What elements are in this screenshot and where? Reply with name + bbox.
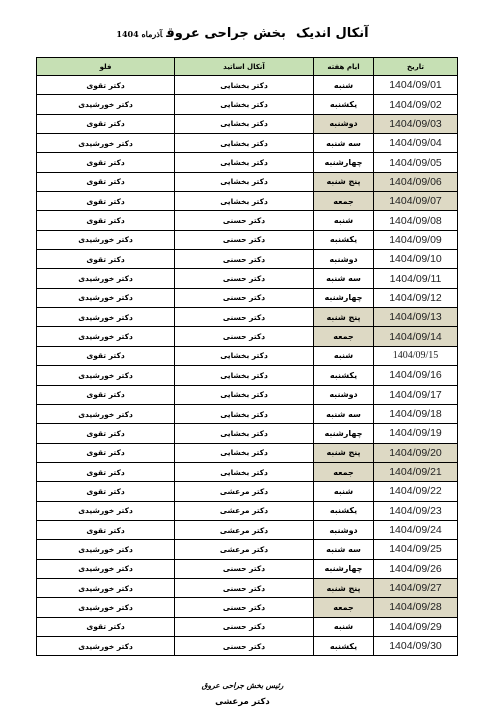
date-cell: 1404/09/21 <box>374 462 458 481</box>
title-oncall: آنکال اندیک <box>296 26 369 41</box>
date-cell: 1404/09/17 <box>374 385 458 404</box>
weekday-cell: جمعه <box>314 192 374 211</box>
date-cell: 1404/09/19 <box>374 424 458 443</box>
fellow-cell: دکتر تقوی <box>37 443 175 462</box>
attending-cell: دکتر حسنی <box>175 636 314 655</box>
date-cell: 1404/09/22 <box>374 482 458 501</box>
attending-cell: دکتر بخشایی <box>175 443 314 462</box>
attending-cell: دکتر بخشایی <box>175 153 314 172</box>
fellow-cell: دکتر خورشیدی <box>37 288 175 307</box>
fellow-cell: دکتر خورشیدی <box>37 230 175 249</box>
weekday-cell: شنبه <box>314 346 374 365</box>
date-cell: 1404/09/10 <box>374 250 458 269</box>
fellow-cell: دکتر خورشیدی <box>37 308 175 327</box>
fellow-cell: دکتر تقوی <box>37 76 175 95</box>
attending-cell: دکتر بخشایی <box>175 462 314 481</box>
attending-cell: دکتر بخشایی <box>175 366 314 385</box>
date-cell: 1404/09/29 <box>374 617 458 636</box>
fellow-cell: دکتر تقوی <box>37 211 175 230</box>
date-cell: 1404/09/15 <box>374 346 458 365</box>
fellow-cell: دکتر تقوی <box>37 482 175 501</box>
fellow-cell: دکتر خورشیدی <box>37 404 175 423</box>
weekday-cell: جمعه <box>314 598 374 617</box>
fellow-cell: دکتر تقوی <box>37 250 175 269</box>
attending-cell: دکتر حسنی <box>175 269 314 288</box>
date-cell: 1404/09/02 <box>374 95 458 114</box>
attending-cell: دکتر حسنی <box>175 308 314 327</box>
fellow-cell: دکتر خورشیدی <box>37 501 175 520</box>
weekday-cell: جمعه <box>314 462 374 481</box>
table-row: 1404/09/21جمعهدکتر بخشاییدکتر تقوی <box>37 462 458 481</box>
table-row: 1404/09/15شنبهدکتر بخشاییدکتر تقوی <box>37 346 458 365</box>
weekday-cell: چهارشنبه <box>314 288 374 307</box>
fellow-cell: دکتر خورشیدی <box>37 134 175 153</box>
date-cell: 1404/09/13 <box>374 308 458 327</box>
weekday-cell: شنبه <box>314 482 374 501</box>
table-row: 1404/09/01شنبهدکتر بخشاییدکتر تقوی <box>37 76 458 95</box>
fellow-cell: دکتر خورشیدی <box>37 269 175 288</box>
fellow-cell: دکتر تقوی <box>37 617 175 636</box>
weekday-cell: سه شنبه <box>314 540 374 559</box>
date-cell: 1404/09/06 <box>374 172 458 191</box>
attending-cell: دکتر حسنی <box>175 617 314 636</box>
fellow-cell: دکتر خورشیدی <box>37 559 175 578</box>
column-header-fellow: فلو <box>37 58 175 76</box>
table-row: 1404/09/06پنج شنبهدکتر بخشاییدکتر تقوی <box>37 172 458 191</box>
weekday-cell: پنج شنبه <box>314 578 374 597</box>
table-row: 1404/09/25سه شنبهدکتر مرعشیدکتر خورشیدی <box>37 540 458 559</box>
date-cell: 1404/09/11 <box>374 269 458 288</box>
attending-cell: دکتر حسنی <box>175 559 314 578</box>
date-cell: 1404/09/01 <box>374 76 458 95</box>
table-row: 1404/09/05چهارشنبهدکتر بخشاییدکتر تقوی <box>37 153 458 172</box>
date-cell: 1404/09/25 <box>374 540 458 559</box>
attending-cell: دکتر حسنی <box>175 230 314 249</box>
attending-cell: دکتر بخشایی <box>175 346 314 365</box>
title-department: بخش جراحی عروق <box>166 26 286 41</box>
weekday-cell: سه شنبه <box>314 134 374 153</box>
table-row: 1404/09/19چهارشنبهدکتر بخشاییدکتر تقوی <box>37 424 458 443</box>
table-row: 1404/09/29شنبهدکتر حسنیدکتر تقوی <box>37 617 458 636</box>
fellow-cell: دکتر تقوی <box>37 172 175 191</box>
date-cell: 1404/09/23 <box>374 501 458 520</box>
fellow-cell: دکتر تقوی <box>37 192 175 211</box>
attending-cell: دکتر بخشایی <box>175 95 314 114</box>
table-row: 1404/09/18سه شنبهدکتر بخشاییدکتر خورشیدی <box>37 404 458 423</box>
weekday-cell: چهارشنبه <box>314 424 374 443</box>
weekday-cell: سه شنبه <box>314 269 374 288</box>
weekday-cell: دوشنبه <box>314 250 374 269</box>
attending-cell: دکتر بخشایی <box>175 385 314 404</box>
attending-cell: دکتر مرعشی <box>175 482 314 501</box>
table-row: 1404/09/08شنبهدکتر حسنیدکتر تقوی <box>37 211 458 230</box>
fellow-cell: دکتر تقوی <box>37 346 175 365</box>
attending-cell: دکتر بخشایی <box>175 424 314 443</box>
table-header-row: تاریخ ایام هفته آنکال اساتید فلو <box>37 58 458 76</box>
fellow-cell: دکتر تقوی <box>37 424 175 443</box>
date-cell: 1404/09/03 <box>374 114 458 133</box>
weekday-cell: یکشنبه <box>314 501 374 520</box>
date-cell: 1404/09/05 <box>374 153 458 172</box>
fellow-cell: دکتر تقوی <box>37 153 175 172</box>
attending-cell: دکتر حسنی <box>175 598 314 617</box>
table-row: 1404/09/24دوشنبهدکتر مرعشیدکتر تقوی <box>37 520 458 539</box>
weekday-cell: دوشنبه <box>314 385 374 404</box>
fellow-cell: دکتر تقوی <box>37 520 175 539</box>
weekday-cell: پنج شنبه <box>314 172 374 191</box>
attending-cell: دکتر بخشایی <box>175 114 314 133</box>
weekday-cell: شنبه <box>314 76 374 95</box>
weekday-cell: جمعه <box>314 327 374 346</box>
date-cell: 1404/09/08 <box>374 211 458 230</box>
table-row: 1404/09/23یکشنبهدکتر مرعشیدکتر خورشیدی <box>37 501 458 520</box>
attending-cell: دکتر بخشایی <box>175 192 314 211</box>
date-cell: 1404/09/04 <box>374 134 458 153</box>
table-row: 1404/09/07جمعهدکتر بخشاییدکتر تقوی <box>37 192 458 211</box>
table-row: 1404/09/13پنج شنبهدکتر حسنیدکتر خورشیدی <box>37 308 458 327</box>
table-row: 1404/09/26چهارشنبهدکتر حسنیدکتر خورشیدی <box>37 559 458 578</box>
date-cell: 1404/09/26 <box>374 559 458 578</box>
attending-cell: دکتر مرعشی <box>175 520 314 539</box>
fellow-cell: دکتر تقوی <box>37 114 175 133</box>
weekday-cell: یکشنبه <box>314 366 374 385</box>
table-row: 1404/09/28جمعهدکتر حسنیدکتر خورشیدی <box>37 598 458 617</box>
table-row: 1404/09/30یکشنبهدکتر حسنیدکتر خورشیدی <box>37 636 458 655</box>
date-cell: 1404/09/09 <box>374 230 458 249</box>
weekday-cell: دوشنبه <box>314 114 374 133</box>
attending-cell: دکتر حسنی <box>175 578 314 597</box>
attending-cell: دکتر حسنی <box>175 327 314 346</box>
column-header-weekday: ایام هفته <box>314 58 374 76</box>
table-row: 1404/09/03دوشنبهدکتر بخشاییدکتر تقوی <box>37 114 458 133</box>
table-row: 1404/09/22شنبهدکتر مرعشیدکتر تقوی <box>37 482 458 501</box>
attending-cell: دکتر مرعشی <box>175 501 314 520</box>
date-cell: 1404/09/14 <box>374 327 458 346</box>
weekday-cell: یکشنبه <box>314 95 374 114</box>
signature-name: دکتر مرعشی <box>0 697 485 707</box>
fellow-cell: دکتر خورشیدی <box>37 598 175 617</box>
date-cell: 1404/09/07 <box>374 192 458 211</box>
table-row: 1404/09/12چهارشنبهدکتر حسنیدکتر خورشیدی <box>37 288 458 307</box>
oncall-roster-table: تاریخ ایام هفته آنکال اساتید فلو 1404/09… <box>36 57 458 656</box>
table-row: 1404/09/11سه شنبهدکتر حسنیدکتر خورشیدی <box>37 269 458 288</box>
fellow-cell: دکتر تقوی <box>37 385 175 404</box>
fellow-cell: دکتر خورشیدی <box>37 327 175 346</box>
table-row: 1404/09/17دوشنبهدکتر بخشاییدکتر تقوی <box>37 385 458 404</box>
fellow-cell: دکتر خورشیدی <box>37 540 175 559</box>
fellow-cell: دکتر خورشیدی <box>37 578 175 597</box>
fellow-cell: دکتر خورشیدی <box>37 636 175 655</box>
table-row: 1404/09/09یکشنبهدکتر حسنیدکتر خورشیدی <box>37 230 458 249</box>
table-row: 1404/09/02یکشنبهدکتر بخشاییدکتر خورشیدی <box>37 95 458 114</box>
weekday-cell: چهارشنبه <box>314 153 374 172</box>
attending-cell: دکتر مرعشی <box>175 540 314 559</box>
attending-cell: دکتر بخشایی <box>175 172 314 191</box>
weekday-cell: چهارشنبه <box>314 559 374 578</box>
attending-cell: دکتر بخشایی <box>175 76 314 95</box>
attending-cell: دکتر حسنی <box>175 250 314 269</box>
table-body: 1404/09/01شنبهدکتر بخشاییدکتر تقوی1404/0… <box>37 76 458 656</box>
table-row: 1404/09/16یکشنبهدکتر بخشاییدکتر خورشیدی <box>37 366 458 385</box>
date-cell: 1404/09/24 <box>374 520 458 539</box>
weekday-cell: سه شنبه <box>314 404 374 423</box>
fellow-cell: دکتر خورشیدی <box>37 366 175 385</box>
weekday-cell: شنبه <box>314 617 374 636</box>
table-row: 1404/09/20پنج شنبهدکتر بخشاییدکتر تقوی <box>37 443 458 462</box>
date-cell: 1404/09/18 <box>374 404 458 423</box>
date-cell: 1404/09/28 <box>374 598 458 617</box>
fellow-cell: دکتر خورشیدی <box>37 95 175 114</box>
weekday-cell: پنج شنبه <box>314 443 374 462</box>
attending-cell: دکتر بخشایی <box>175 134 314 153</box>
weekday-cell: شنبه <box>314 211 374 230</box>
table-row: 1404/09/10دوشنبهدکتر حسنیدکتر تقوی <box>37 250 458 269</box>
date-cell: 1404/09/16 <box>374 366 458 385</box>
attending-cell: دکتر حسنی <box>175 211 314 230</box>
weekday-cell: دوشنبه <box>314 520 374 539</box>
title-month: آذرماه 1404 <box>116 29 162 39</box>
column-header-date: تاریخ <box>374 58 458 76</box>
document-title: آنکال اندیکبخش جراحی عروقآذرماه 1404 <box>0 22 485 46</box>
signature-role: رئیس بخش جراحی عروق <box>0 681 485 690</box>
table-row: 1404/09/27پنج شنبهدکتر حسنیدکتر خورشیدی <box>37 578 458 597</box>
fellow-cell: دکتر تقوی <box>37 462 175 481</box>
weekday-cell: پنج شنبه <box>314 308 374 327</box>
date-cell: 1404/09/30 <box>374 636 458 655</box>
table-row: 1404/09/14جمعهدکتر حسنیدکتر خورشیدی <box>37 327 458 346</box>
date-cell: 1404/09/12 <box>374 288 458 307</box>
weekday-cell: یکشنبه <box>314 230 374 249</box>
weekday-cell: یکشنبه <box>314 636 374 655</box>
column-header-attending: آنکال اساتید <box>175 58 314 76</box>
attending-cell: دکتر بخشایی <box>175 404 314 423</box>
attending-cell: دکتر حسنی <box>175 288 314 307</box>
date-cell: 1404/09/20 <box>374 443 458 462</box>
date-cell: 1404/09/27 <box>374 578 458 597</box>
table-row: 1404/09/04سه شنبهدکتر بخشاییدکتر خورشیدی <box>37 134 458 153</box>
